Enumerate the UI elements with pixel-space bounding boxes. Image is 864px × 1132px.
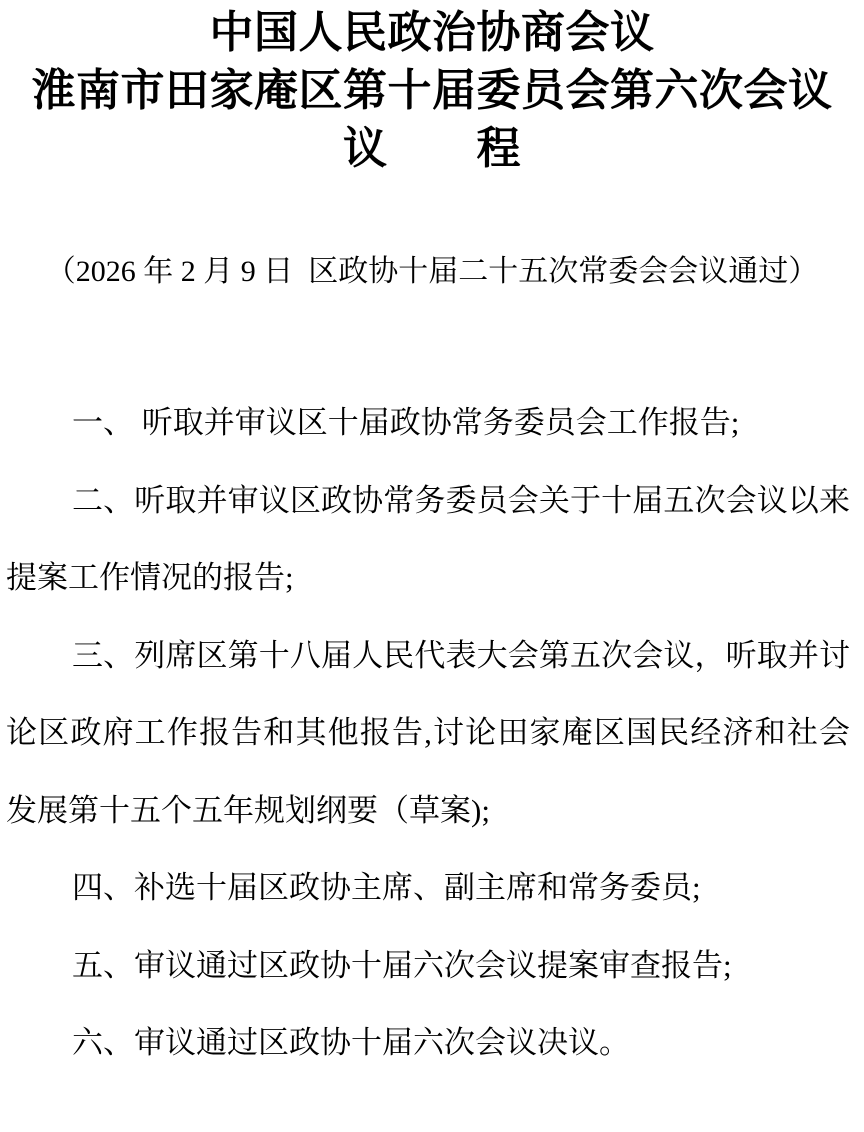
- agenda-item-3-line-2: 论区政府工作报告和其他报告,讨论田家庵区国民经济和社会: [6, 694, 850, 772]
- document-title: 中国人民政治协商会议 淮南市田家庵区第十届委员会第六次会议 议 程: [0, 4, 864, 178]
- document-page: 中国人民政治协商会议 淮南市田家庵区第十届委员会第六次会议 议 程 （2026 …: [0, 0, 864, 1132]
- title-line-3: 议 程: [0, 120, 864, 178]
- title-line-2: 淮南市田家庵区第十届委员会第六次会议: [0, 62, 864, 120]
- agenda-item-5: 五、审议通过区政协十届六次会议提案审查报告;: [6, 927, 850, 1005]
- agenda-item-6: 六、审议通过区政协十届六次会议决议。: [6, 1004, 850, 1082]
- agenda-item-3-line-1: 三、列席区第十八届人民代表大会第五次会议，听取并讨: [6, 617, 850, 695]
- adoption-date-line: （2026 年 2 月 9 日 区政协十届二十五次常委会会议通过）: [0, 252, 864, 292]
- agenda-item-2-line-1: 二、听取并审议区政协常务委员会关于十届五次会议以来: [6, 462, 850, 540]
- agenda-list: 一、 听取并审议区十届政协常务委员会工作报告; 二、听取并审议区政协常务委员会关…: [6, 384, 850, 1082]
- agenda-item-4: 四、补选十届区政协主席、副主席和常务委员;: [6, 849, 850, 927]
- agenda-item-2-line-2: 提案工作情况的报告;: [6, 539, 850, 617]
- agenda-item-1: 一、 听取并审议区十届政协常务委员会工作报告;: [6, 384, 850, 462]
- agenda-item-3-line-3: 发展第十五个五年规划纲要（草案);: [6, 772, 850, 850]
- title-line-1: 中国人民政治协商会议: [0, 4, 864, 62]
